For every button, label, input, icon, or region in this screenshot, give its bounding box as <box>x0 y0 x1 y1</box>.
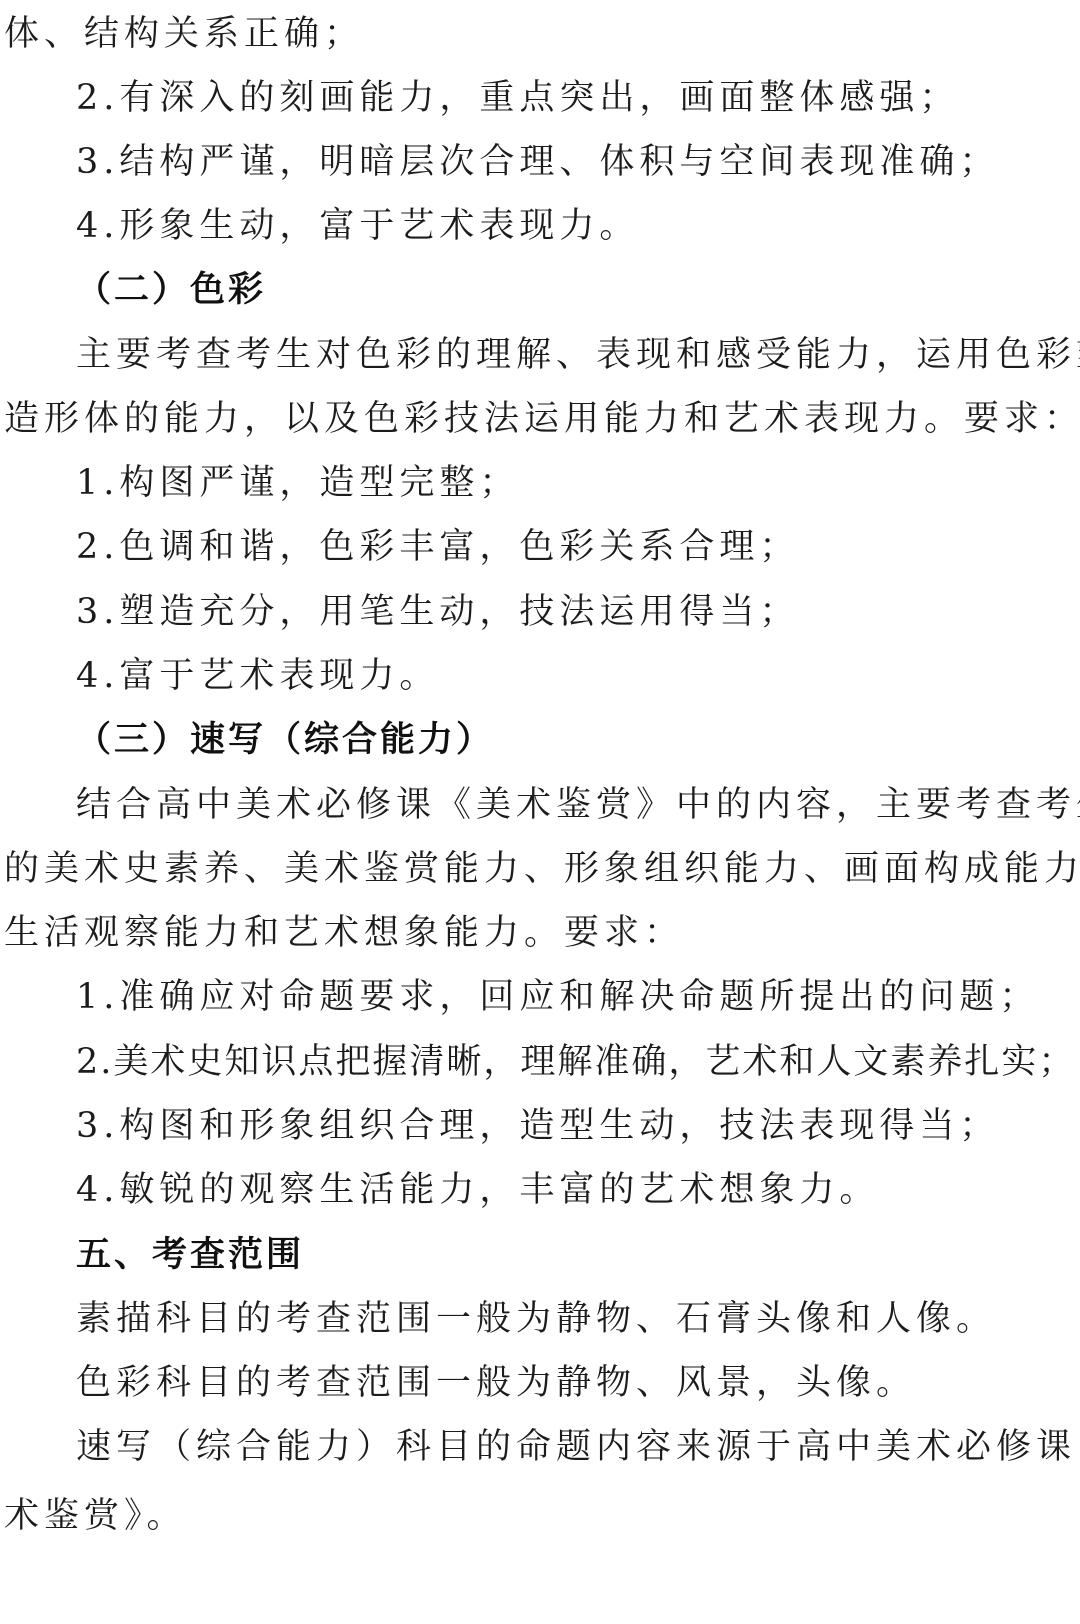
quick-sketch-requirement-1: 1.准确应对命题要求，回应和解决命题所提出的问题； <box>76 973 1039 1021</box>
scope-paragraph-quick-sketch-line-1: 速写（综合能力）科目的命题内容来源于高中美术必修课《美 <box>76 1423 1080 1471</box>
color-requirement-1: 1.构图严谨，造型完整； <box>76 459 519 507</box>
quick-sketch-intro-line-1: 结合高中美术必修课《美术鉴赏》中的内容，主要考查考生 <box>76 781 1080 829</box>
color-requirement-4: 4.富于艺术表现力。 <box>76 652 439 700</box>
scope-paragraph-quick-sketch-line-2: 术鉴赏》。 <box>4 1492 187 1540</box>
quick-sketch-intro-line-2: 的美术史素养、美术鉴赏能力、形象组织能力、画面构成能力、 <box>4 845 1080 893</box>
color-requirement-3: 3.塑造充分，用笔生动，技法运用得当； <box>76 588 799 636</box>
scope-paragraph-color: 色彩科目的考查范围一般为静物、风景，头像。 <box>76 1359 916 1407</box>
quick-sketch-requirement-4: 4.敏锐的观察生活能力，丰富的艺术想象力。 <box>76 1166 879 1214</box>
scope-paragraph-sketch: 素描科目的考查范围一般为静物、石膏头像和人像。 <box>76 1295 996 1343</box>
color-intro-line-2: 造形体的能力，以及色彩技法运用能力和艺术表现力。要求： <box>4 395 1080 443</box>
quick-sketch-section-heading: （三）速写（综合能力） <box>76 716 494 764</box>
sketch-requirement-2: 2.有深入的刻画能力，重点突出，画面整体感强； <box>76 74 959 122</box>
quick-sketch-intro-line-3: 生活观察能力和艺术想象能力。要求： <box>4 909 684 957</box>
quick-sketch-requirement-2: 2.美术史知识点把握清晰，理解准确，艺术和人文素养扎实； <box>76 1038 1075 1086</box>
quick-sketch-requirement-3: 3.构图和形象组织合理，造型生动，技法表现得当； <box>76 1102 999 1150</box>
sketch-requirement-4: 4.形象生动，富于艺术表现力。 <box>76 202 639 250</box>
continuation-line: 体、结构关系正确； <box>4 10 364 58</box>
scope-section-heading: 五、考查范围 <box>76 1231 304 1279</box>
color-requirement-2: 2.色调和谐，色彩丰富，色彩关系合理； <box>76 523 799 571</box>
color-intro-line-1: 主要考查考生对色彩的理解、表现和感受能力，运用色彩塑 <box>76 331 1080 379</box>
sketch-requirement-3: 3.结构严谨，明暗层次合理、体积与空间表现准确； <box>76 138 999 186</box>
color-section-heading: （二）色彩 <box>76 266 266 314</box>
